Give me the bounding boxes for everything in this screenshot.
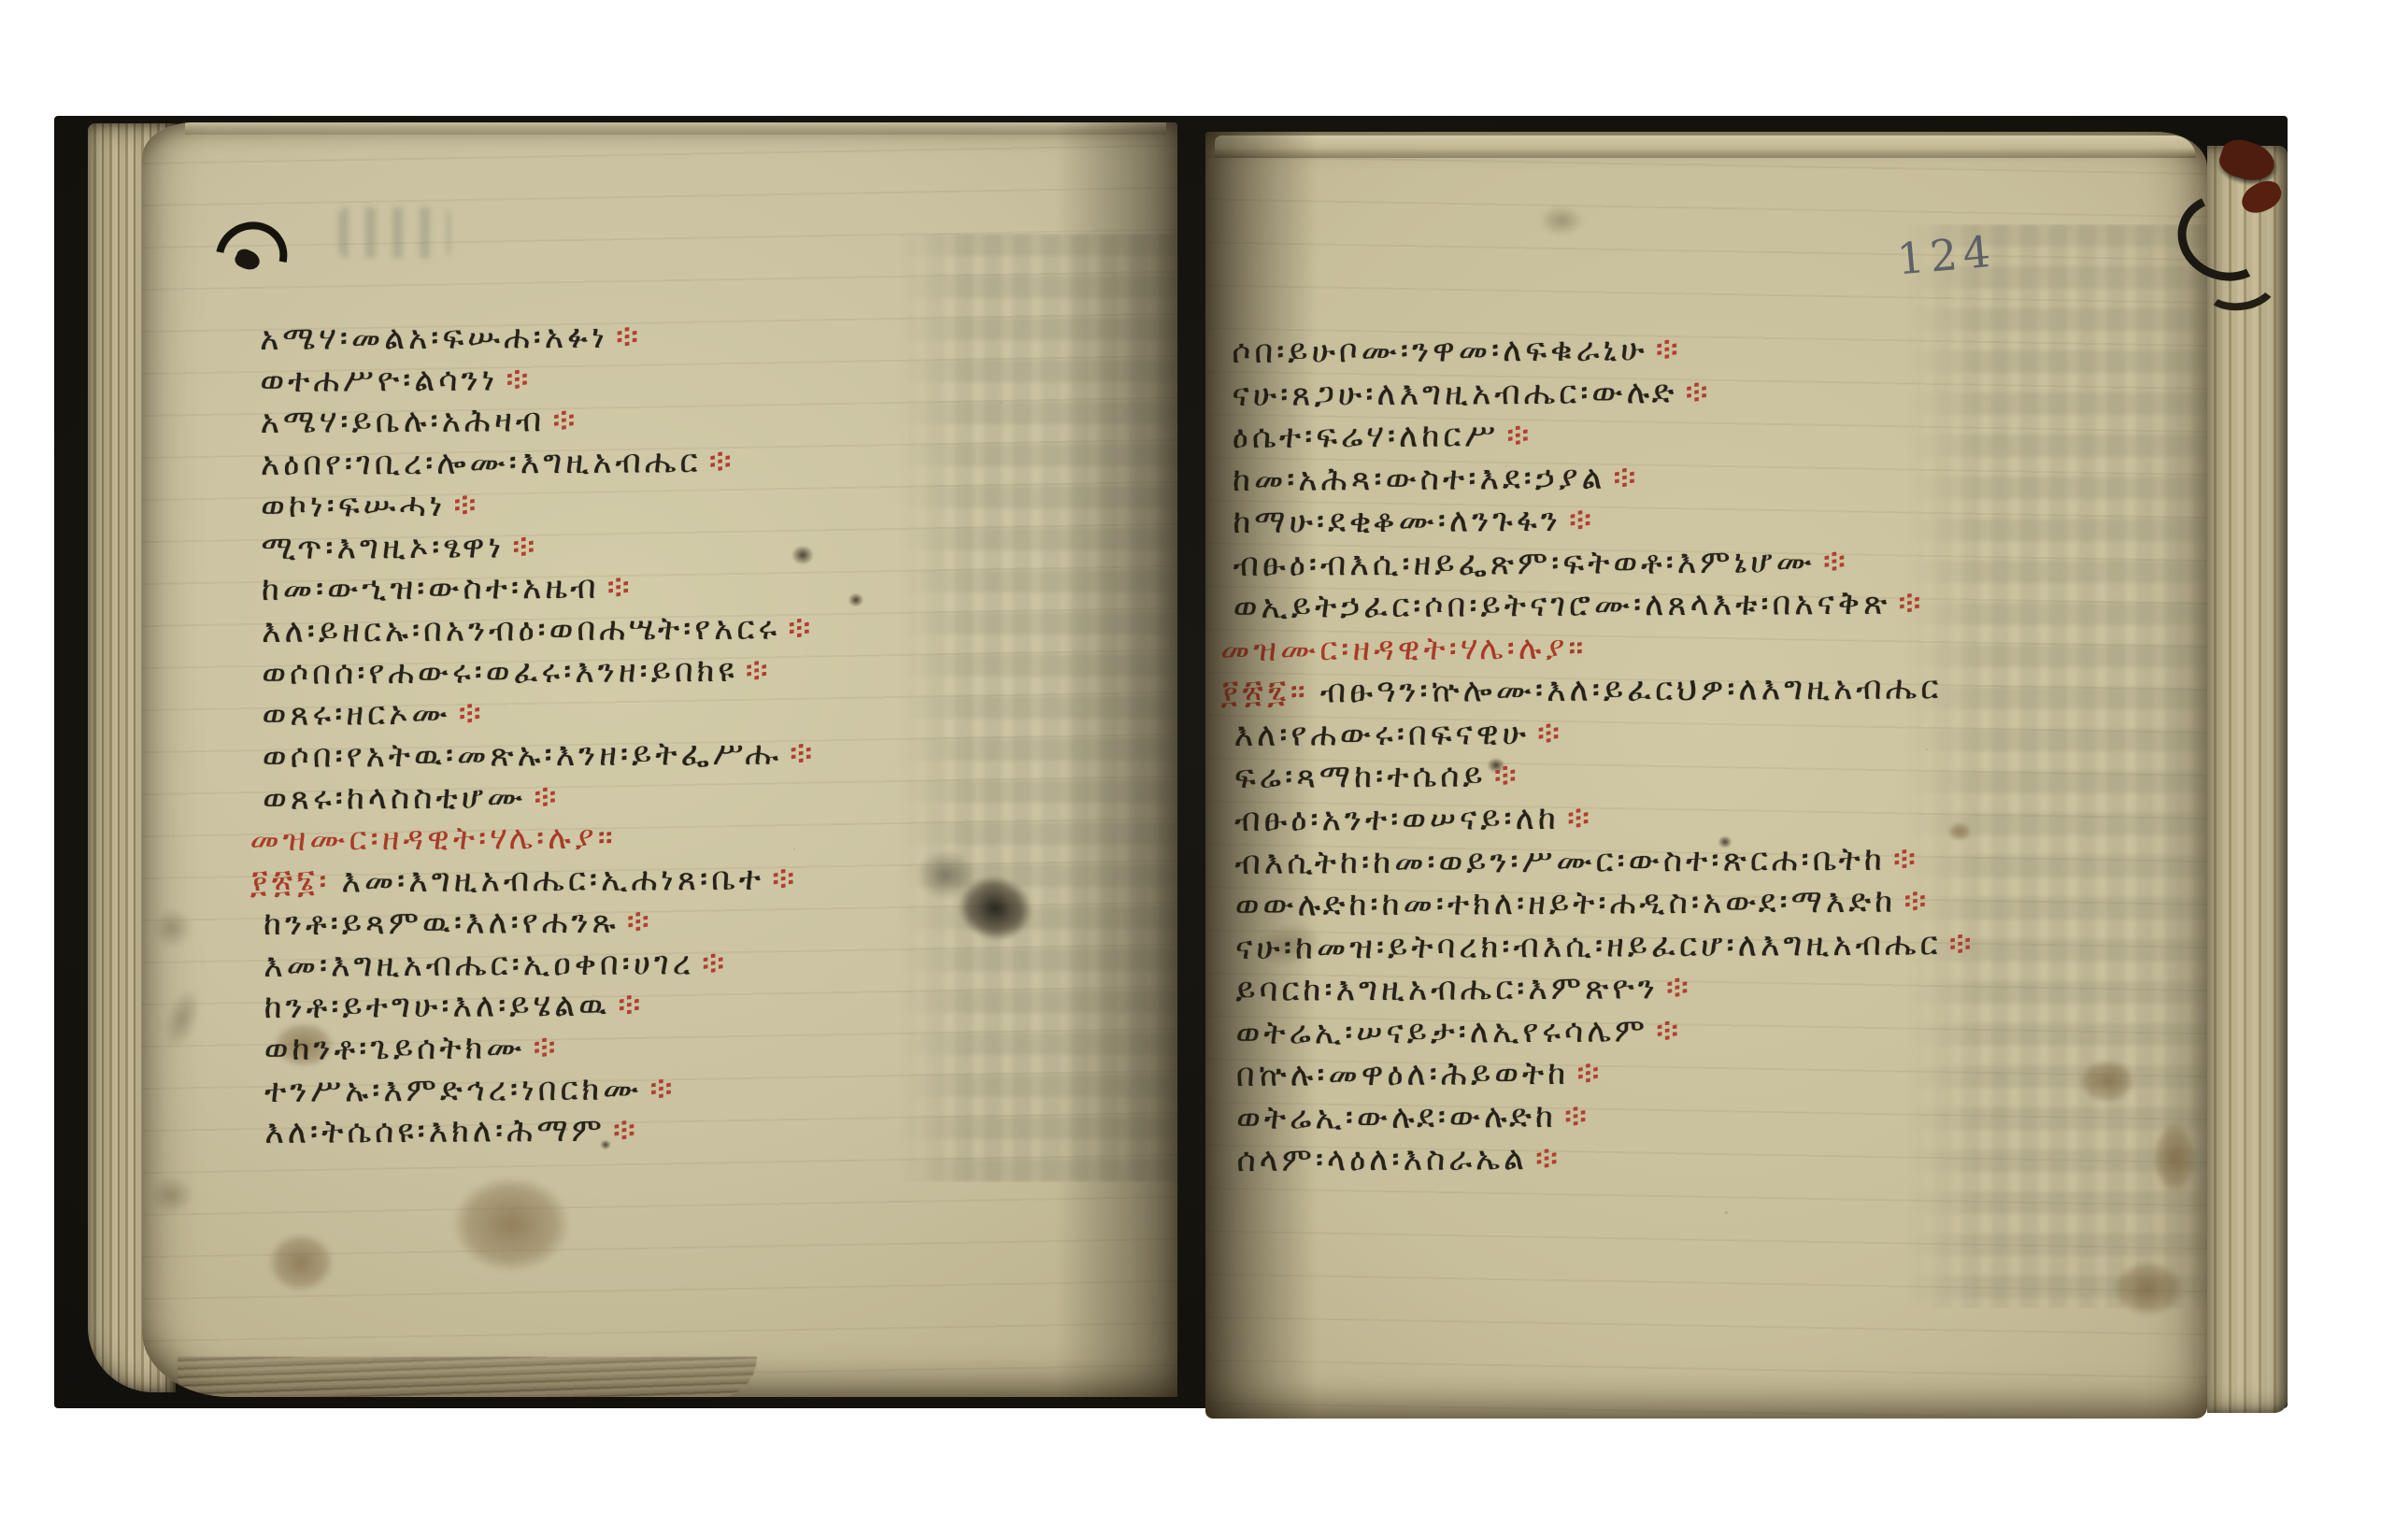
- stain: [150, 973, 214, 1063]
- manuscript-line: እለ፡ይዘርኡ፡በአንብዕ፡ወበሐሤት፡የአርሩ፨: [262, 607, 816, 652]
- manuscript-line: ወጸሩ፡ዘርኦሙ፨: [262, 692, 816, 736]
- stain: [437, 1164, 585, 1284]
- line-text: ወከንቶ፡ጌይሰትክሙ: [264, 1029, 526, 1068]
- line-text: ከመ፡ውኂዝ፡ውስተ፡አዜብ: [262, 569, 600, 608]
- line-text: አሜሃ፡መልአ፡ፍሡሐ፡አፉነ: [260, 319, 608, 358]
- section-mark: ፨: [627, 903, 653, 940]
- section-mark: ፨: [534, 778, 560, 816]
- stain: [1533, 201, 1590, 240]
- line-text: ተንሥኡ፡እምድኅረ፡ነበርክሙ: [264, 1070, 643, 1109]
- manuscript-line: ወኢይትኃፈር፡ሶበ፡ይትናገሮሙ፡ለጸላእቱ፡በአናቅጽ፨: [1233, 582, 1974, 629]
- stain: [142, 1171, 200, 1219]
- line-text: በኵሉ፡መዋዕለ፡ሕይወትከ: [1236, 1055, 1570, 1094]
- manuscript-line: ዕሴተ፡ፍሬሃ፡ለከርሥ፨: [1233, 412, 1973, 459]
- folio-number: 124: [1895, 225, 1998, 284]
- stain: [2147, 1114, 2202, 1202]
- stain: [2104, 1254, 2192, 1323]
- line-text: ከመ፡አሕጻ፡ውስተ፡እደ፡ኃያል: [1233, 459, 1606, 498]
- left-page-text: አሜሃ፡መልአ፡ፍሡሐ፡አፉነ፨ወተሐሥዮ፡ልሳንነ፨አሜሃ፡ይቤሉ፡አሕዛብ፨…: [260, 315, 819, 1154]
- section-mark: ፨: [552, 402, 578, 439]
- section-mark: ፨: [1903, 883, 1930, 920]
- line-text: ብእሲትከ፡ከመ፡ወይን፡ሥሙር፡ውስተ፡ጽርሐ፡ቤትከ: [1234, 840, 1886, 881]
- manuscript-line: ከመ፡ውኂዝ፡ውስተ፡አዜብ፨: [262, 566, 816, 611]
- manuscript-line: አዕበየ፡ገቢረ፡ሎሙ፡እግዚአብሔር፨: [261, 440, 815, 485]
- line-text: ወጸሩ፡ከላስስቲሆሙ: [263, 778, 526, 818]
- deckled-bottom-edge: [178, 1357, 757, 1397]
- section-mark: ፨: [1564, 1098, 1590, 1135]
- manuscript-line: እለ፡የሐውሩ፡በፍናዊሁ፨: [1234, 710, 1975, 757]
- line-text: ብፁዓን፡ኵሎሙ፡እለ፡ይፈርህዎ፡ለእግዚአብሔር: [1320, 670, 1943, 711]
- manuscript-line: ወትሬኢ፡ሠናይታ፡ለኢየሩሳሌም፨: [1235, 1008, 1975, 1055]
- section-mark: ፨: [745, 651, 771, 689]
- line-text: ይባርከ፡እግዚአብሔር፡እምጽዮን: [1235, 969, 1659, 1009]
- right-page-text: ሶበ፡ይሁቦሙ፡ንዋመ፡ለፍቁራኒሁ፨ናሁ፡ጸጋሁ፡ለእግዚአብሔር፡ውሉድ፨ዕ…: [1232, 327, 1976, 1183]
- section-mark: ፨: [1576, 1055, 1603, 1092]
- manuscript-line: ወውሉድከ፡ከመ፡ተክለ፡ዘይት፡ሐዲስ፡አውደ፡ማእድከ፨: [1235, 880, 1975, 927]
- line-text: መዝሙር፡ዘዳዊት፡ሃሌ፡ሉያ።: [1220, 630, 1588, 669]
- section-mark: ፨: [1537, 715, 1563, 752]
- line-text: ከንቶ፡ይጻምዉ፡እለ፡የሐንጹ: [264, 904, 620, 943]
- line-text: እለ፡የሐውሩ፡በፍናዊሁ: [1234, 715, 1531, 754]
- section-mark: ፨: [788, 609, 814, 647]
- rubric-line: መዝሙር፡ዘዳዊት፡ሃሌ፡ሉያ።: [250, 817, 817, 862]
- manuscript-line: ናሁ፡ጸጋሁ፡ለእግዚአብሔር፡ውሉድ፨: [1232, 370, 1972, 417]
- section-mark: ፨: [1569, 502, 1595, 539]
- line-text: ወኢይትኃፈር፡ሶበ፡ይትናገሮሙ፡ለጸላእቱ፡በአናቅጽ: [1233, 585, 1891, 626]
- line-text: ብፁዕ፡አንተ፡ወሠናይ፡ለከ: [1234, 800, 1560, 839]
- manuscript-line: በኵሉ፡መዋዕለ፡ሕይወትከ፨: [1236, 1050, 1976, 1097]
- section-mark: ፨: [1656, 331, 1682, 368]
- manuscript-line: ሚጥ፡እግዚኦ፡ፄዋነ፨: [261, 524, 815, 569]
- line-text: እለ፡ትሴሰዩ፡እክለ፡ሕማም: [264, 1112, 606, 1151]
- psalm-number: ፻፳፮፡: [250, 863, 331, 902]
- manuscript-line: ፍሬ፡ጻማከ፡ተሴሰይ፨: [1234, 753, 1975, 800]
- line-text: ወውሉድከ፡ከመ፡ተክለ፡ዘይት፡ሐዲስ፡አውደ፡ማእድከ: [1235, 883, 1897, 924]
- section-mark: ፨: [453, 486, 479, 523]
- manuscript-line: ወትሬኢ፡ውሉደ፡ውሉድከ፨: [1236, 1093, 1976, 1140]
- manuscript-line: አሜሃ፡ይቤሉ፡አሕዛብ፨: [261, 399, 815, 444]
- line-text: እመ፡እግዚአብሔር፡ኢዐቀበ፡ሀገረ: [264, 945, 694, 985]
- section-mark: ፨: [616, 319, 642, 356]
- manuscript-line: ወሶበ፡የአትዉ፡መጽኡ፡እንዘ፡ይትፌሥሑ፨: [263, 733, 817, 777]
- manuscript-line: ከማሁ፡ደቂቆሙ፡ለንጉፋን፨: [1233, 497, 1973, 544]
- section-mark: ፨: [1613, 459, 1639, 496]
- psalm-number: ፻፳፯።: [1220, 674, 1309, 712]
- manuscript-line: ሰላም፡ላዕለ፡እስራኤል፨: [1236, 1136, 1976, 1183]
- right-page-top-edge: [1215, 135, 2196, 158]
- manuscript-line: እመ፡እግዚአብሔር፡ኢዐቀበ፡ሀገረ፨: [264, 942, 818, 987]
- line-text: ሰላም፡ላዕለ፡እስራኤል: [1236, 1140, 1528, 1179]
- line-text: እመ፡እግዚአብሔር፡ኢሐነጸ፡ቤተ: [341, 861, 764, 901]
- line-text: አሜሃ፡ይቤሉ፡አሕዛብ: [261, 403, 546, 442]
- right-page: 124 ሶበ፡ይሁቦሙ፡ንዋመ፡ለፍቁራኒሁ፨ናሁ፡ጸጋሁ፡ለእግዚአብሔር፡ው…: [1205, 132, 2207, 1419]
- section-mark: ፨: [506, 361, 532, 398]
- bleed-through-text: [897, 234, 1177, 1182]
- manuscript-line: ብፁዕ፡አንተ፡ወሠናይ፡ለከ፨: [1234, 795, 1975, 842]
- section-mark: ፨: [1893, 840, 1919, 877]
- line-text: ናሁ፡ከመዝ፡ይትባረክ፡ብእሲ፡ዘይፈርሆ፡ለእግዚአብሔር: [1235, 925, 1942, 967]
- line-text: ዕሴተ፡ፍሬሃ፡ለከርሥ: [1233, 417, 1500, 456]
- manuscript-line: ተንሥኡ፡እምድኅረ፡ነበርክሙ፨: [264, 1067, 819, 1112]
- manuscript-line: ናሁ፡ከመዝ፡ይትባረክ፡ብእሲ፡ዘይፈርሆ፡ለእግዚአብሔር፨: [1235, 923, 1975, 970]
- section-mark: ፨: [790, 734, 816, 772]
- line-text: እለ፡ይዘርኡ፡በአንብዕ፡ወበሐሤት፡የአርሩ: [262, 610, 780, 650]
- line-text: ወተሐሥዮ፡ልሳንነ: [260, 361, 498, 400]
- stain: [146, 903, 198, 953]
- section-mark: ፨: [1494, 758, 1520, 795]
- manuscript-line: ብፁዕ፡ብእሲ፡ዘይፌጽም፡ፍትወቶ፡እምኔሆሙ፨: [1233, 540, 1973, 587]
- right-page-edge-stack: [2207, 146, 2288, 1413]
- section-mark: ፨: [1567, 800, 1593, 837]
- line-text: ከማሁ፡ደቂቆሙ፡ለንጉፋን: [1233, 502, 1561, 541]
- section-mark: ፨: [1898, 585, 1924, 622]
- stain: [2073, 1054, 2142, 1108]
- manuscript-line: ወጸሩ፡ከላስስቲሆሙ፨: [263, 775, 817, 820]
- section-mark: ፨: [1823, 543, 1849, 580]
- manuscript-line: ይባርከ፡እግዚአብሔር፡እምጽዮን፨: [1235, 965, 1975, 1012]
- manuscript-line: አሜሃ፡መልአ፡ፍሡሐ፡አፉነ፨: [260, 315, 814, 360]
- line-text: ወትሬኢ፡ሠናይታ፡ለኢየሩሳሌም: [1235, 1012, 1648, 1052]
- manuscript-line: ወተሐሥዮ፡ልሳንነ፨: [260, 357, 814, 402]
- line-text: ሚጥ፡እግዚኦ፡ፄዋነ: [261, 528, 505, 567]
- line-text: ናሁ፡ጸጋሁ፡ለእግዚአብሔር፡ውሉድ: [1232, 374, 1677, 414]
- section-mark: ፨: [1948, 925, 1975, 962]
- manuscript-line: እለ፡ትሴሰዩ፡እክለ፡ሕማም፨: [264, 1109, 819, 1154]
- section-mark: ፨: [1506, 417, 1533, 454]
- manuscript-line: ወኮነ፡ፍሡሓነ፨: [261, 482, 815, 527]
- section-mark: ፨: [613, 1112, 639, 1149]
- left-page-top-edge: [185, 122, 1166, 135]
- line-text: ወጸሩ፡ዘርኦሙ: [262, 695, 450, 734]
- section-mark: ፨: [1685, 373, 1711, 410]
- manuscript-line: ፻፳፮፡እመ፡እግዚአብሔር፡ኢሐነጸ፡ቤተ፨: [250, 859, 818, 904]
- line-text: ወሶበ፡የአትዉ፡መጽኡ፡እንዘ፡ይትፌሥሑ: [263, 735, 782, 776]
- section-mark: ፨: [772, 861, 798, 898]
- stain: [846, 591, 866, 609]
- manuscript-line: ወሶበሰ፡የሐውሩ፡ወፈሩ፡እንዘ፡ይበክዩ፨: [262, 649, 816, 694]
- rubric-line: መዝሙር፡ዘዳዊት፡ሃሌ፡ሉያ።: [1220, 625, 1974, 672]
- section-mark: ፨: [1535, 1140, 1561, 1177]
- manuscript-line: ከንቶ፡ይተግሁ፡እለ፡ይሄልዉ፨: [264, 984, 818, 1029]
- manuscript-line: ወከንቶ፡ጌይሰትክሙ፨: [264, 1025, 819, 1070]
- manuscript-line: ሶበ፡ይሁቦሙ፡ንዋመ፡ለፍቁራኒሁ፨: [1232, 327, 1972, 374]
- manuscript-scan: አሜሃ፡መልአ፡ፍሡሐ፡አፉነ፨ወተሐሥዮ፡ልሳንነ፨አሜሃ፡ይቤሉ፡አሕዛብ፨…: [0, 0, 2381, 1540]
- section-mark: ፨: [702, 944, 728, 981]
- line-text: ብፁዕ፡ብእሲ፡ዘይፌጽም፡ፍትወቶ፡እምኔሆሙ: [1233, 543, 1816, 584]
- section-mark: ፨: [1656, 1012, 1682, 1049]
- stain: [260, 1226, 342, 1299]
- manuscript-line: ከመ፡አሕጻ፡ውስተ፡እደ፡ኃያል፨: [1233, 455, 1973, 502]
- manuscript-line: ፻፳፯።ብፁዓን፡ኵሎሙ፡እለ፡ይፈርህዎ፡ለእግዚአብሔር: [1220, 668, 1974, 715]
- bleed-through-folio-number: [338, 207, 450, 258]
- section-mark: ፨: [1666, 969, 1692, 1006]
- line-text: ወትሬኢ፡ውሉደ፡ውሉድከ: [1236, 1098, 1557, 1137]
- line-text: ወኮነ፡ፍሡሓነ: [261, 487, 446, 525]
- left-page: አሜሃ፡መልአ፡ፍሡሐ፡አፉነ፨ወተሐሥዮ፡ልሳንነ፨አሜሃ፡ይቤሉ፡አሕዛብ፨…: [142, 122, 1177, 1397]
- section-mark: ፨: [708, 443, 734, 480]
- section-mark: ፨: [533, 1029, 559, 1066]
- section-mark: ፨: [512, 528, 538, 565]
- line-text: ፍሬ፡ጻማከ፡ተሴሰይ: [1234, 758, 1487, 797]
- section-mark: ፨: [618, 987, 644, 1024]
- section-mark: ፨: [458, 695, 484, 733]
- manuscript-line: ብእሲትከ፡ከመ፡ወይን፡ሥሙር፡ውስተ፡ጽርሐ፡ቤትከ፨: [1234, 838, 1975, 885]
- line-text: ወሶበሰ፡የሐውሩ፡ወፈሩ፡እንዘ፡ይበክዩ: [262, 652, 738, 692]
- line-text: ከንቶ፡ይተግሁ፡እለ፡ይሄልዉ: [264, 987, 610, 1026]
- section-mark: ፨: [649, 1070, 676, 1107]
- line-text: አዕበየ፡ገቢረ፡ሎሙ፡እግዚአብሔር: [261, 443, 702, 483]
- line-text: ሶበ፡ይሁቦሙ፡ንዋመ፡ለፍቁራኒሁ: [1232, 331, 1648, 371]
- section-mark: ፨: [606, 569, 633, 606]
- manuscript-line: ከንቶ፡ይጻምዉ፡እለ፡የሐንጹ፨: [264, 900, 818, 945]
- line-text: መዝሙር፡ዘዳዊት፡ሃሌ፡ሉያ።: [250, 820, 617, 859]
